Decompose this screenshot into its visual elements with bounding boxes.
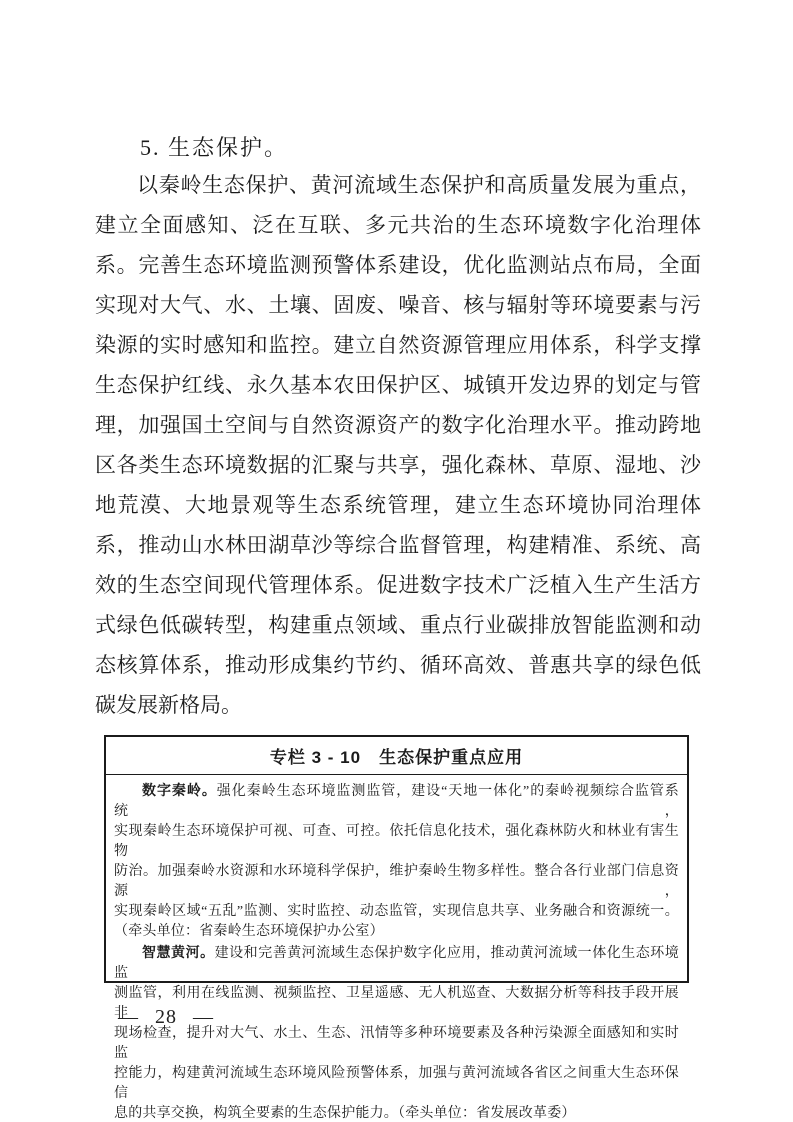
body-paragraph: 以秦岭生态保护、黄河流域生态保护和高质量发展为重点， 建立全面感知、泛在互联、多… bbox=[95, 165, 701, 725]
paragraph-line: 染源的实时感知和监控。建立自然资源管理应用体系，科学支撑 bbox=[95, 325, 701, 365]
box-title-text: 生态保护重点应用 bbox=[379, 743, 523, 768]
box-line: 现场检查，提升对大气、水土、生态、汛情等多种环境要素及各种污染源全面感知和实时监 bbox=[114, 1024, 679, 1064]
section-heading: 5. 生态保护。 bbox=[140, 131, 288, 162]
paragraph-line: 系。完善生态环境监测预警体系建设，优化监测站点布局，全面 bbox=[95, 245, 701, 285]
box-line: 控能力，构建黄河流域生态环境风险预警体系，加强与黄河流域各省区之间重大生态环保信 bbox=[114, 1064, 679, 1104]
paragraph-line: 实现对大气、水、土壤、固废、噪音、核与辐射等环境要素与污 bbox=[95, 285, 701, 325]
paragraph-line: 地荒漠、大地景观等生态系统管理，建立生态环境协同治理体 bbox=[95, 485, 701, 525]
paragraph-line: 效的生态空间现代管理体系。促进数字技术广泛植入生产生活方 bbox=[95, 565, 701, 605]
paragraph-line: 区各类生态环境数据的汇聚与共享，强化森林、草原、湿地、沙 bbox=[95, 445, 701, 485]
paragraph-line: 式绿色低碳转型，构建重点领域、重点行业碳排放智能监测和动 bbox=[95, 605, 701, 645]
box-section-lead: 智慧黄河。 bbox=[142, 944, 215, 960]
paragraph-line: 碳发展新格局。 bbox=[95, 685, 701, 725]
document-page: 5. 生态保护。 以秦岭生态保护、黄河流域生态保护和高质量发展为重点， 建立全面… bbox=[0, 0, 793, 1122]
box-title-number: 专栏 3 - 10 bbox=[270, 743, 361, 768]
box-section-lead: 数字秦岭。 bbox=[142, 782, 217, 798]
box-line: 数字秦岭。强化秦岭生态环境监测监管，建设“天地一体化”的秦岭视频综合监管系统， bbox=[114, 780, 679, 822]
box-line: 实现秦岭区域“五乱”监测、实时监控、动态监管，实现信息共享、业务融合和资源统一。 bbox=[114, 902, 679, 922]
box-line: （牵头单位：省秦岭生态环境保护办公室） bbox=[114, 922, 679, 942]
box-body: 数字秦岭。强化秦岭生态环境监测监管，建设“天地一体化”的秦岭视频综合监管系统， … bbox=[106, 775, 687, 1122]
box-line: 息的共享交换，构筑全要素的生态保护能力。（牵头单位：省发展改革委） bbox=[114, 1104, 679, 1122]
paragraph-line: 生态保护红线、永久基本农田保护区、城镇开发边界的划定与管 bbox=[95, 365, 701, 405]
paragraph-line: 理，加强国土空间与自然资源资产的数字化治理水平。推动跨地 bbox=[95, 405, 701, 445]
paragraph-line: 系，推动山水林田湖草沙等综合监督管理，构建精准、系统、高 bbox=[95, 525, 701, 565]
box-line: 防治。加强秦岭水资源和水环境科学保护，维护秦岭生物多样性。整合各行业部门信息资源… bbox=[114, 862, 679, 902]
paragraph-line: 建立全面感知、泛在互联、多元共治的生态环境数字化治理体 bbox=[95, 205, 701, 245]
box-line: 实现秦岭生态环境保护可视、可查、可控。依托信息化技术，强化森林防火和林业有害生物 bbox=[114, 822, 679, 862]
highlight-box: 专栏 3 - 10 生态保护重点应用 数字秦岭。强化秦岭生态环境监测监管，建设“… bbox=[104, 735, 689, 983]
paragraph-line: 态核算体系，推动形成集约节约、循环高效、普惠共享的绿色低 bbox=[95, 645, 701, 685]
page-number: — 28 — bbox=[118, 1006, 214, 1029]
box-title: 专栏 3 - 10 生态保护重点应用 bbox=[106, 737, 687, 775]
paragraph-line: 以秦岭生态保护、黄河流域生态保护和高质量发展为重点， bbox=[95, 165, 701, 205]
box-line: 智慧黄河。建设和完善黄河流域生态保护数字化应用，推动黄河流域一体化生态环境监 bbox=[114, 942, 679, 984]
